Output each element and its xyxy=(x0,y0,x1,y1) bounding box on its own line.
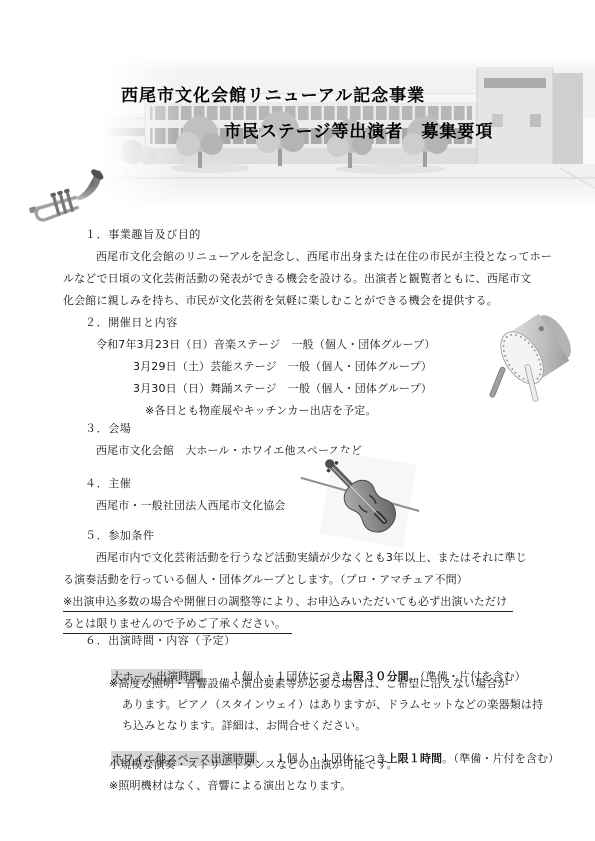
violin-icon xyxy=(296,443,428,553)
document-page: 西尾市文化会館リニューアル記念事業 市民ステージ等出演者 募集要項 xyxy=(0,0,595,841)
section6-heading: ６．出演時間・内容（予定） xyxy=(85,633,236,648)
section5-line1: 西尾市内で文化芸術活動を行うなど活動実績が少なくとも3年以上、またはそれに準じ xyxy=(96,550,527,565)
section5-note-underlined-2: るとは限りませんので予めご了承ください。 xyxy=(63,616,292,634)
section5-line2: る演奏活動を行っている個人・団体グループとします。（プロ・アマチュア不問） xyxy=(63,572,468,587)
foyer-text-suffix: 。（準備・片付を含む） xyxy=(442,752,559,765)
section1-line2: ルなどで日頃の文化芸術活動の発表ができる機会を設ける。出演者と観覧者ともに、西尾… xyxy=(63,271,531,286)
section4-heading: ４．主催 xyxy=(85,476,131,491)
foyer-line2: 小規模な演奏・ストリートダンスなどの出演が可能です。 xyxy=(109,757,398,772)
section2-date3: 3月30日（日）舞踊ステージ 一般（個人・団体グループ） xyxy=(133,381,432,396)
hall-note1: ※高度な照明・音響設備や演出要素等が必要な場合は、ご希望に沿えない場合が xyxy=(109,676,509,691)
section2-date1: 令和7年3月23日（日）音楽ステージ 一般（個人・団体グループ） xyxy=(96,337,436,352)
hall-note2: あります。ピアノ（スタインウェイ）はありますが、ドラムセットなどの楽器類は持 xyxy=(122,697,543,712)
trumpet-icon xyxy=(18,152,117,235)
section1-line3: 化会館に親しみを持ち、市民が文化芸術を気軽に楽しむことができる機会を提供する。 xyxy=(63,293,498,308)
section4-body: 西尾市・一般社団法人西尾市文化協会 xyxy=(96,498,286,513)
section2-note: ※各日とも物産展やキッチンカー出店を予定。 xyxy=(145,403,377,418)
section1-heading: １．事業趣旨及び目的 xyxy=(85,227,201,242)
section2-date2: 3月29日（土）芸能ステージ 一般（個人・団体グループ） xyxy=(133,359,432,374)
document-title-line1: 西尾市文化会館リニューアル記念事業 xyxy=(121,81,425,106)
underlined-text: るとは限りませんので予めご了承ください。 xyxy=(63,616,292,634)
section5-heading: ５．参加条件 xyxy=(85,528,155,543)
taiko-drum-icon xyxy=(483,306,583,408)
section5-note-underlined-1: ※出演申込多数の場合や開催日の調整等により、お申込みいただいても必ず出演いただけ xyxy=(63,594,513,612)
section2-heading: ２．開催日と内容 xyxy=(85,315,178,330)
document-title-line2: 市民ステージ等出演者 募集要項 xyxy=(224,117,493,142)
hall-note3: ち込みとなります。詳細は、お問合せください。 xyxy=(122,718,366,733)
section1-line1: 西尾市文化会館のリニューアルを記念し、西尾市出身または在住の市民が主役となってホ… xyxy=(96,249,552,264)
foyer-note: ※照明機材はなく、音響による演出となります。 xyxy=(109,778,351,793)
section3-heading: ３．会場 xyxy=(85,421,131,436)
underlined-text: ※出演申込多数の場合や開催日の調整等により、お申込みいただいても必ず出演いただけ xyxy=(63,594,513,612)
